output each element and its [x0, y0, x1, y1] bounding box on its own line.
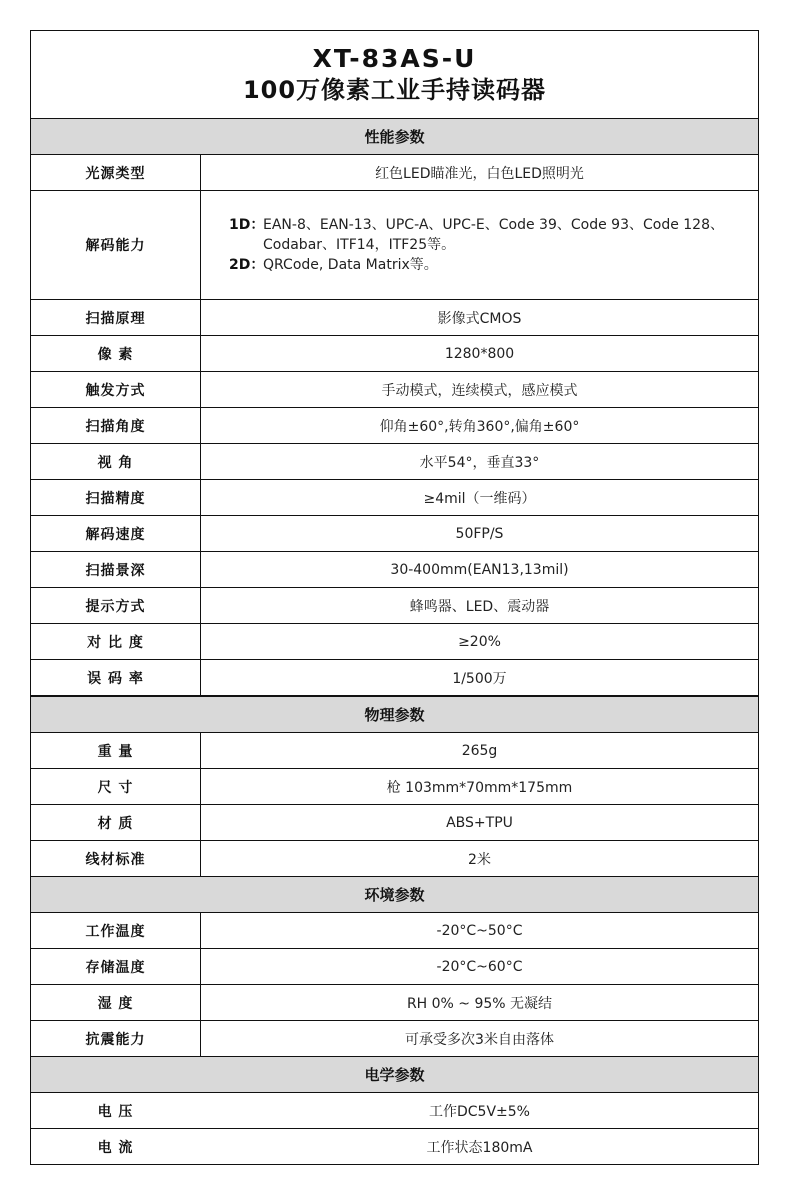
spec-row-contrast: 对 比 度 ≥20%	[31, 624, 758, 660]
spec-label: 材 质	[31, 805, 201, 840]
spec-row-cable: 线材标准 2米	[31, 841, 758, 876]
section-environment: 工作温度 -20°C~50°C 存储温度 -20°C~60°C 湿 度 RH 0…	[31, 913, 758, 1056]
spec-value: 红色LED瞄准光，白色LED照明光	[201, 155, 758, 190]
spec-label: 湿 度	[31, 985, 201, 1020]
spec-sheet-table: XT-83AS-U 100万像素工业手持读码器 性能参数 光源类型 红色LED瞄…	[30, 30, 759, 1165]
spec-label: 对 比 度	[31, 624, 201, 659]
spec-row-shock-resistance: 抗震能力 可承受多次3米自由落体	[31, 1021, 758, 1056]
section-header-electrical: 电学参数	[31, 1056, 758, 1093]
spec-label: 扫描原理	[31, 300, 201, 335]
spec-value: 1/500万	[201, 660, 758, 695]
spec-row-field-of-view: 视 角 水平54°，垂直33°	[31, 444, 758, 480]
spec-label: 误 码 率	[31, 660, 201, 695]
decode-1d-text-line2: Codabar、ITF14，ITF25等。	[263, 237, 455, 253]
spec-label: 尺 寸	[31, 769, 201, 804]
spec-label: 工作温度	[31, 913, 201, 948]
spec-value: 50FP/S	[201, 516, 758, 551]
decode-2d-text: QRCode, Data Matrix等。	[263, 255, 758, 275]
spec-row-feedback: 提示方式 蜂鸣器、LED、震动器	[31, 588, 758, 624]
spec-row-scan-angle: 扫描角度 仰角±60°,转角360°,偏角±60°	[31, 408, 758, 444]
spec-value: 工作DC5V±5%	[201, 1093, 758, 1128]
decode-1d-line: 1D： EAN-8、EAN-13、UPC-A、UPC-E、Code 39、Cod…	[229, 215, 758, 255]
spec-value: 枪 103mm*70mm*175mm	[201, 769, 758, 804]
spec-label: 解码能力	[31, 191, 201, 299]
spec-value: 仰角±60°,转角360°,偏角±60°	[201, 408, 758, 443]
spec-row-depth-of-field: 扫描景深 30-400mm(EAN13,13mil)	[31, 552, 758, 588]
title-block: XT-83AS-U 100万像素工业手持读码器	[31, 31, 758, 119]
spec-label: 解码速度	[31, 516, 201, 551]
spec-value: 30-400mm(EAN13,13mil)	[201, 552, 758, 587]
spec-row-error-rate: 误 码 率 1/500万	[31, 660, 758, 695]
spec-value: 手动模式，连续模式，感应模式	[201, 372, 758, 407]
spec-label: 视 角	[31, 444, 201, 479]
spec-label: 电 压	[31, 1093, 201, 1128]
decode-1d-text: EAN-8、EAN-13、UPC-A、UPC-E、Code 39、Code 93…	[263, 215, 758, 255]
spec-label: 提示方式	[31, 588, 201, 623]
spec-row-storage-temp: 存储温度 -20°C~60°C	[31, 949, 758, 985]
section-header-environment: 环境参数	[31, 876, 758, 913]
decode-capability-value: 1D： EAN-8、EAN-13、UPC-A、UPC-E、Code 39、Cod…	[201, 191, 758, 299]
spec-value: ≥20%	[201, 624, 758, 659]
spec-row-current: 电 流 工作状态180mA	[31, 1129, 758, 1164]
spec-value: 1280*800	[201, 336, 758, 371]
section-performance: 光源类型 红色LED瞄准光，白色LED照明光 解码能力 1D： EAN-8、EA…	[31, 155, 758, 695]
spec-label: 触发方式	[31, 372, 201, 407]
spec-row-voltage: 电 压 工作DC5V±5%	[31, 1093, 758, 1129]
decode-1d-text-line1: EAN-8、EAN-13、UPC-A、UPC-E、Code 39、Code 93…	[263, 217, 724, 233]
spec-value: -20°C~50°C	[201, 913, 758, 948]
decode-2d-line: 2D： QRCode, Data Matrix等。	[229, 255, 758, 275]
spec-value: ≥4mil（一维码）	[201, 480, 758, 515]
spec-value: 2米	[201, 841, 758, 876]
spec-value: 影像式CMOS	[201, 300, 758, 335]
product-name: 100万像素工业手持读码器	[243, 74, 546, 106]
spec-value: ABS+TPU	[201, 805, 758, 840]
spec-row-material: 材 质 ABS+TPU	[31, 805, 758, 841]
section-header-physical: 物理参数	[31, 695, 758, 733]
spec-label: 抗震能力	[31, 1021, 201, 1056]
spec-label: 存储温度	[31, 949, 201, 984]
spec-row-pixels: 像 素 1280*800	[31, 336, 758, 372]
decode-2d-key: 2D：	[229, 255, 263, 275]
spec-value: 可承受多次3米自由落体	[201, 1021, 758, 1056]
spec-label: 像 素	[31, 336, 201, 371]
spec-value: 蜂鸣器、LED、震动器	[201, 588, 758, 623]
spec-row-light-source: 光源类型 红色LED瞄准光，白色LED照明光	[31, 155, 758, 191]
spec-value: 水平54°，垂直33°	[201, 444, 758, 479]
section-physical: 重 量 265g 尺 寸 枪 103mm*70mm*175mm 材 质 ABS+…	[31, 733, 758, 876]
spec-value: -20°C~60°C	[201, 949, 758, 984]
decode-1d-key: 1D：	[229, 215, 263, 255]
spec-row-scan-principle: 扫描原理 影像式CMOS	[31, 300, 758, 336]
spec-value: 265g	[201, 733, 758, 768]
spec-row-weight: 重 量 265g	[31, 733, 758, 769]
spec-value: 工作状态180mA	[201, 1129, 758, 1164]
spec-label: 线材标准	[31, 841, 201, 876]
spec-row-scan-precision: 扫描精度 ≥4mil（一维码）	[31, 480, 758, 516]
spec-row-decode-speed: 解码速度 50FP/S	[31, 516, 758, 552]
product-model: XT-83AS-U	[313, 44, 477, 74]
spec-row-trigger-mode: 触发方式 手动模式，连续模式，感应模式	[31, 372, 758, 408]
spec-label: 扫描精度	[31, 480, 201, 515]
spec-row-operating-temp: 工作温度 -20°C~50°C	[31, 913, 758, 949]
spec-row-decode-capability: 解码能力 1D： EAN-8、EAN-13、UPC-A、UPC-E、Code 3…	[31, 191, 758, 300]
spec-label: 扫描景深	[31, 552, 201, 587]
spec-row-humidity: 湿 度 RH 0% ~ 95% 无凝结	[31, 985, 758, 1021]
section-electrical: 电 压 工作DC5V±5% 电 流 工作状态180mA	[31, 1093, 758, 1164]
spec-label: 电 流	[31, 1129, 201, 1164]
spec-label: 光源类型	[31, 155, 201, 190]
section-header-performance: 性能参数	[31, 119, 758, 155]
spec-label: 重 量	[31, 733, 201, 768]
spec-row-dimensions: 尺 寸 枪 103mm*70mm*175mm	[31, 769, 758, 805]
spec-value: RH 0% ~ 95% 无凝结	[201, 985, 758, 1020]
spec-label: 扫描角度	[31, 408, 201, 443]
